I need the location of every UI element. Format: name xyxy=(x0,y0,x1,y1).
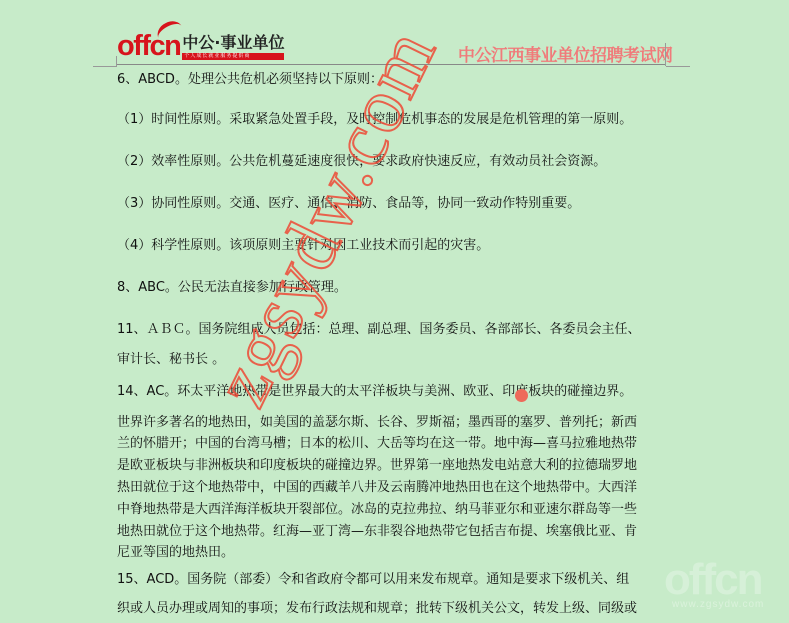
text-line: 是欧亚板块与非洲板块和印度板块的碰撞边界。世界第一座地热发电站意大利的拉德瑞罗地 xyxy=(117,457,637,475)
logo-tagline: 个人成长就业服务提供商 xyxy=(182,53,284,60)
corner-watermark-url: www.zgsydw.com xyxy=(672,599,764,610)
page-header: offcn 中公·事业单位 个人成长就业服务提供商 中公江西事业单位招聘考试网 xyxy=(0,0,789,72)
corner-watermark-brand: offcn xyxy=(664,555,762,605)
logo-cn-text: 中公·事业单位 xyxy=(182,34,284,52)
text-line: 尼亚等国的地热田。 xyxy=(117,544,234,562)
offcn-logo: offcn 中公·事业单位 个人成长就业服务提供商 xyxy=(117,28,284,60)
text-line: 8、ABC。公民无法直接参加行政管理。 xyxy=(117,279,347,297)
text-line: 11、ＡＢＣ。国务院组成人员包括：总理、副总理、国务委员、各部部长、各委员会主任… xyxy=(117,321,641,339)
header-rule xyxy=(117,64,665,65)
text-line: 14、AC。环太平洋地热带是世界最大的太平洋板块与美洲、欧亚、印度板块的碰撞边界… xyxy=(117,383,632,401)
logo-right: 中公·事业单位 个人成长就业服务提供商 xyxy=(182,34,284,60)
text-line: （1）时间性原则。采取紧急处置手段，及时控制危机事态的发展是危机管理的第一原则。 xyxy=(117,111,632,129)
text-line: 6、ABCD。处理公共危机必须坚持以下原则： xyxy=(117,71,383,89)
text-line: 15、ACD。国务院（部委）令和省政府令都可以用来发布规章。通知是要求下级机关、… xyxy=(117,571,629,589)
text-line: 地热田就位于这个地热带。红海—亚丁湾—东非裂谷地热带它包括吉布提、埃塞俄比亚、肯 xyxy=(117,523,637,541)
text-line: 织或人员办理或周知的事项；发布行政法规和规章；批转下级机关公文，转发上级、同级或 xyxy=(117,600,637,618)
text-line: （2）效率性原则。公共危机蔓延速度很快，要求政府快速反应，有效动员社会资源。 xyxy=(117,153,606,171)
text-line: （3）协同性原则。交通、医疗、通信、消防、食品等，协同一致动作特别重要。 xyxy=(117,195,580,213)
corner-watermark-logo: offcn www.zgsydw.com xyxy=(660,555,789,623)
header-divider-right-vertical xyxy=(665,43,666,66)
text-line: 兰的怀腊开；中国的台湾马槽；日本的松川、大岳等均在这一带。地中海—喜马拉雅地热带 xyxy=(117,435,637,453)
text-line: （4）科学性原则。该项原则主要针对因工业技术而引起的灾害。 xyxy=(117,237,489,255)
text-line: 热田就位于这个地热带中，中国的西藏羊八井及云南腾冲地热田也在这个地热带中。大西洋 xyxy=(117,479,637,497)
text-line: 中脊地热带是大西洋海洋板块开裂部位。冰岛的克拉弗拉、纳马菲亚尔和亚速尔群岛等一些 xyxy=(117,501,637,519)
header-rule-right xyxy=(666,66,690,67)
watermark-dot xyxy=(515,389,528,402)
site-title: 中公江西事业单位招聘考试网 xyxy=(458,41,673,66)
header-rule-left xyxy=(93,66,117,67)
text-line: 世界许多著名的地热田，如美国的盖瑟尔斯、长谷、罗斯福；墨西哥的塞罗、普列托；新西 xyxy=(117,414,637,432)
text-line: 审计长、秘书长 。 xyxy=(117,351,225,369)
